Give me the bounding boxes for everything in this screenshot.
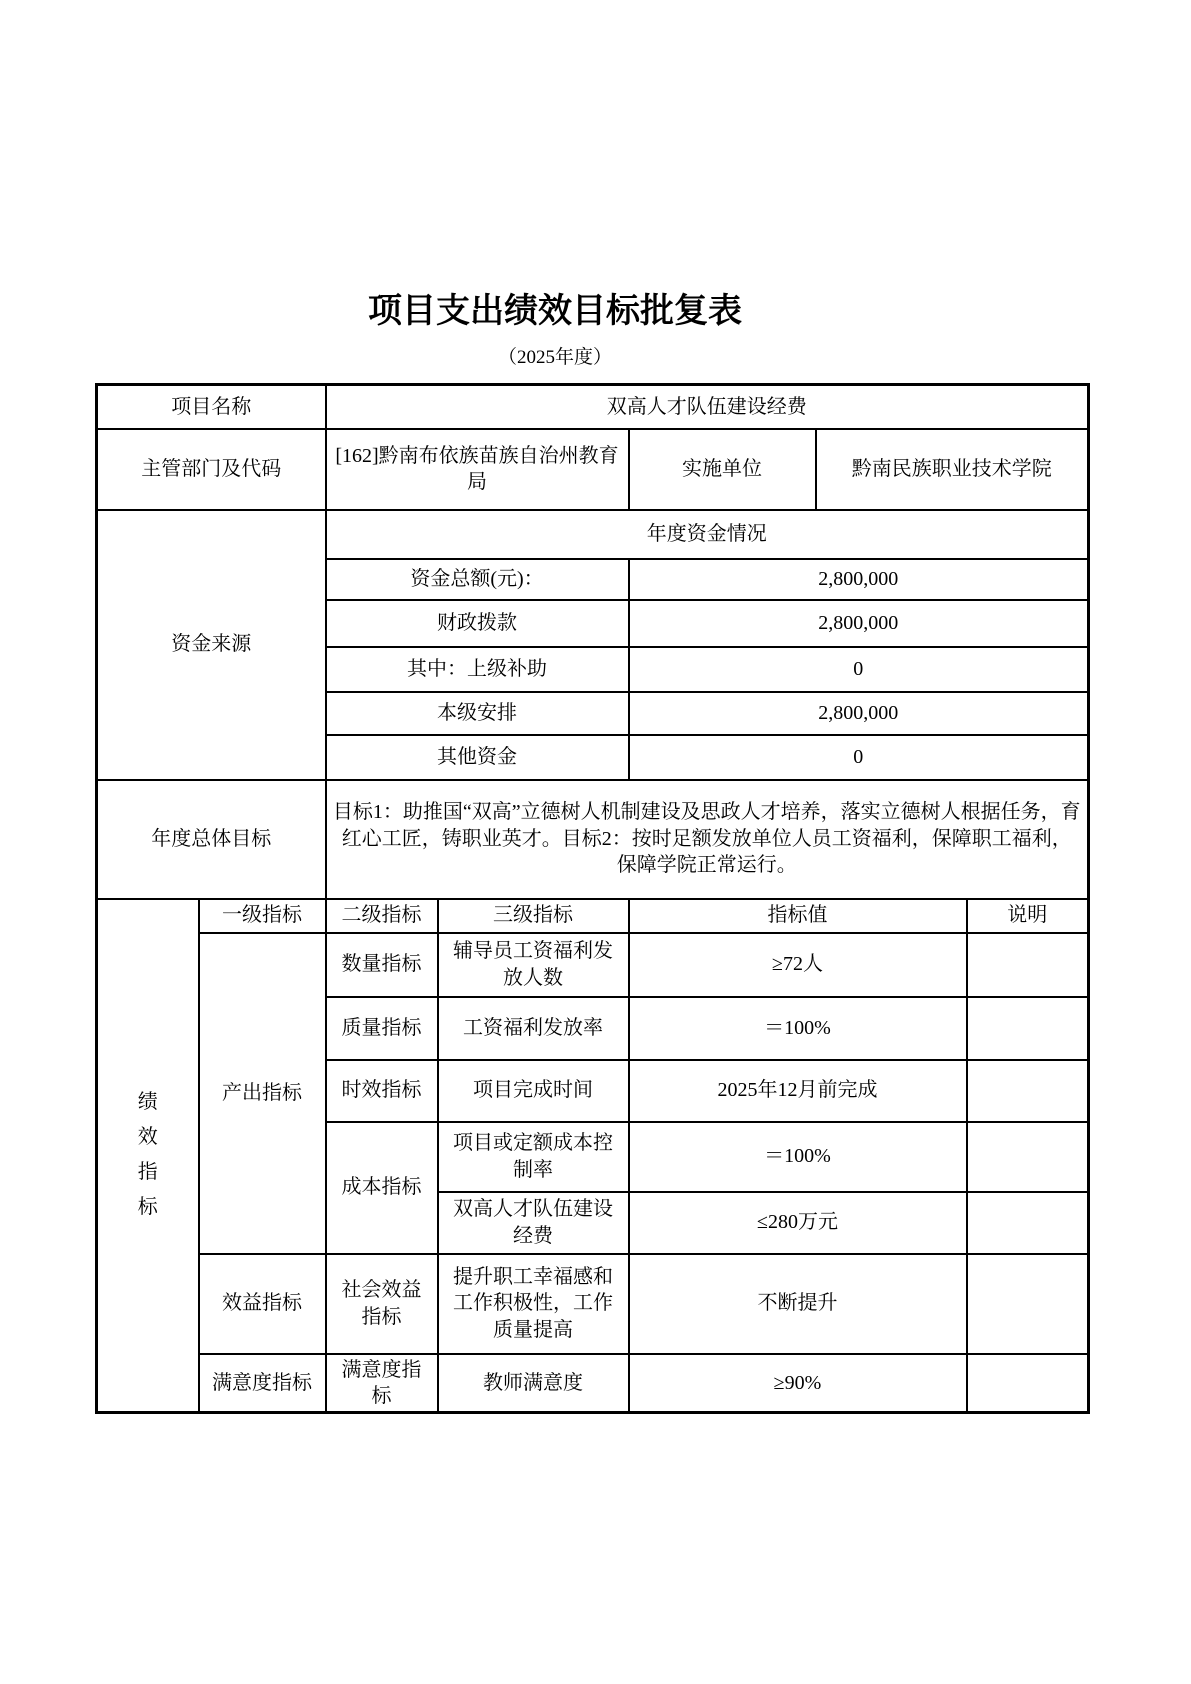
header-note-cell: 说明 bbox=[967, 899, 1089, 933]
note-cost-budget-cell bbox=[967, 1192, 1089, 1254]
value-timeliness-cell: 2025年12月前完成 bbox=[629, 1060, 967, 1122]
header-level2-cell: 二级指标 bbox=[326, 899, 438, 933]
annual-goal-text-cell: 目标1：助推国“双高”立德树人机制建设及思政人才培养，落实立德树人根据任务，育红… bbox=[326, 780, 1089, 899]
value-cost-budget-cell: ≤280万元 bbox=[629, 1192, 967, 1254]
performance-indicator-side-cell: 绩效指标 bbox=[97, 899, 199, 1413]
department-label-cell: 主管部门及代码 bbox=[97, 429, 326, 510]
annual-funding-header-cell: 年度资金情况 bbox=[326, 510, 1089, 559]
funding-fiscal-label-cell: 财政拨款 bbox=[326, 600, 629, 647]
funding-total-label-cell: 资金总额(元)： bbox=[326, 559, 629, 600]
funding-local-value-cell: 2,800,000 bbox=[629, 692, 1089, 735]
level3-quality-cell: 工资福利发放率 bbox=[438, 997, 629, 1060]
note-quality-cell bbox=[967, 997, 1089, 1060]
document-title: 项目支出绩效目标批复表 bbox=[50, 290, 1060, 334]
level1-output-cell: 产出指标 bbox=[199, 933, 326, 1254]
note-quantity-cell bbox=[967, 933, 1089, 997]
note-satisfaction-cell bbox=[967, 1354, 1089, 1413]
level3-cost-budget-cell: 双高人才队伍建设经费 bbox=[438, 1192, 629, 1254]
level3-quantity-cell: 辅导员工资福利发放人数 bbox=[438, 933, 629, 997]
funding-superior-value-cell: 0 bbox=[629, 647, 1089, 692]
document-subtitle: （2025年度） bbox=[50, 346, 1060, 370]
implementing-unit-value-cell: 黔南民族职业技术学院 bbox=[816, 429, 1089, 510]
funding-other-value-cell: 0 bbox=[629, 735, 1089, 780]
level2-timeliness-cell: 时效指标 bbox=[326, 1060, 438, 1122]
level2-social-benefit-cell: 社会效益指标 bbox=[326, 1254, 438, 1354]
performance-target-table: 项目名称 双高人才队伍建设经费 主管部门及代码 [162]黔南布依族苗族自治州教… bbox=[95, 383, 1090, 1414]
value-cost-control-cell: ＝100% bbox=[629, 1122, 967, 1192]
funding-fiscal-value-cell: 2,800,000 bbox=[629, 600, 1089, 647]
row-funding-header: 资金来源 年度资金情况 bbox=[97, 510, 1089, 559]
value-satisfaction-cell: ≥90% bbox=[629, 1354, 967, 1413]
performance-indicator-side-label: 绩效指标 bbox=[136, 1085, 160, 1225]
funding-local-label-cell: 本级安排 bbox=[326, 692, 629, 735]
value-benefit-cell: 不断提升 bbox=[629, 1254, 967, 1354]
row-indicator-satisfaction: 满意度指标 满意度指标 教师满意度 ≥90% bbox=[97, 1354, 1089, 1413]
row-project-name: 项目名称 双高人才队伍建设经费 bbox=[97, 385, 1089, 429]
row-indicator-quantity: 产出指标 数量指标 辅导员工资福利发放人数 ≥72人 bbox=[97, 933, 1089, 997]
note-cost-control-cell bbox=[967, 1122, 1089, 1192]
project-name-value-cell: 双高人才队伍建设经费 bbox=[326, 385, 1089, 429]
header-value-cell: 指标值 bbox=[629, 899, 967, 933]
level1-satisfaction-cell: 满意度指标 bbox=[199, 1354, 326, 1413]
header-level3-cell: 三级指标 bbox=[438, 899, 629, 933]
project-name-label-cell: 项目名称 bbox=[97, 385, 326, 429]
header-level1-cell: 一级指标 bbox=[199, 899, 326, 933]
row-indicator-header: 绩效指标 一级指标 二级指标 三级指标 指标值 说明 bbox=[97, 899, 1089, 933]
level3-timeliness-cell: 项目完成时间 bbox=[438, 1060, 629, 1122]
level1-benefit-cell: 效益指标 bbox=[199, 1254, 326, 1354]
funding-total-value-cell: 2,800,000 bbox=[629, 559, 1089, 600]
department-value-cell: [162]黔南布依族苗族自治州教育局 bbox=[326, 429, 629, 510]
level3-benefit-cell: 提升职工幸福感和工作积极性，工作质量提高 bbox=[438, 1254, 629, 1354]
level2-satisfaction-cell: 满意度指标 bbox=[326, 1354, 438, 1413]
funding-other-label-cell: 其他资金 bbox=[326, 735, 629, 780]
row-department: 主管部门及代码 [162]黔南布依族苗族自治州教育局 实施单位 黔南民族职业技术… bbox=[97, 429, 1089, 510]
row-indicator-benefit: 效益指标 社会效益指标 提升职工幸福感和工作积极性，工作质量提高 不断提升 bbox=[97, 1254, 1089, 1354]
note-timeliness-cell bbox=[967, 1060, 1089, 1122]
value-quantity-cell: ≥72人 bbox=[629, 933, 967, 997]
row-annual-goal: 年度总体目标 目标1：助推国“双高”立德树人机制建设及思政人才培养，落实立德树人… bbox=[97, 780, 1089, 899]
level3-cost-control-cell: 项目或定额成本控制率 bbox=[438, 1122, 629, 1192]
level2-quantity-cell: 数量指标 bbox=[326, 933, 438, 997]
level3-satisfaction-cell: 教师满意度 bbox=[438, 1354, 629, 1413]
level2-quality-cell: 质量指标 bbox=[326, 997, 438, 1060]
annual-goal-label-cell: 年度总体目标 bbox=[97, 780, 326, 899]
funding-source-label-cell: 资金来源 bbox=[97, 510, 326, 780]
level2-cost-cell: 成本指标 bbox=[326, 1122, 438, 1254]
note-benefit-cell bbox=[967, 1254, 1089, 1354]
funding-superior-label-cell: 其中：上级补助 bbox=[326, 647, 629, 692]
implementing-unit-label-cell: 实施单位 bbox=[629, 429, 816, 510]
value-quality-cell: ＝100% bbox=[629, 997, 967, 1060]
document-page: 项目支出绩效目标批复表 （2025年度） 项目名称 双高人才队伍建设经费 主管部… bbox=[0, 0, 1191, 1684]
